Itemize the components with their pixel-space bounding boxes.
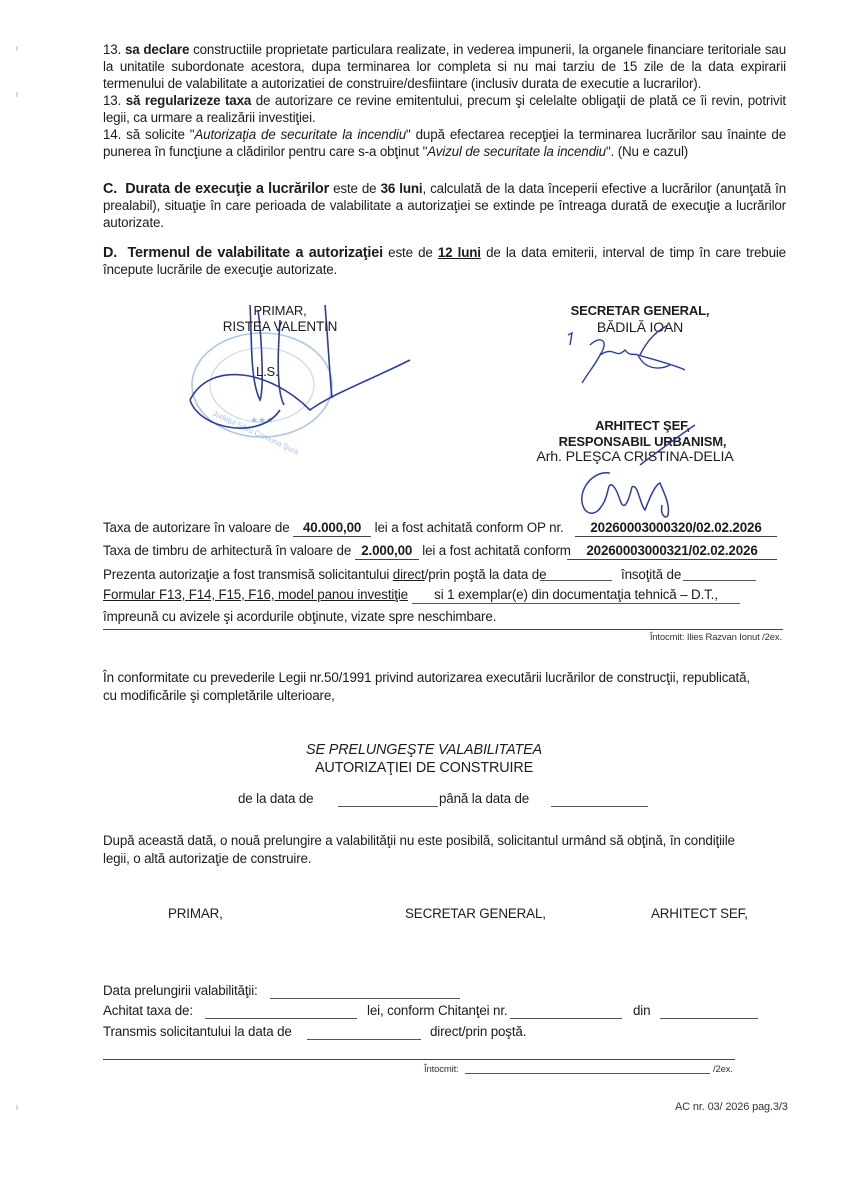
receipt-number-field[interactable]	[510, 1005, 622, 1019]
item-number: 14.	[103, 127, 121, 142]
fee-label: Taxa de autorizare în valoare de	[103, 520, 290, 535]
fee-paid-field[interactable]	[205, 1005, 357, 1019]
authorization-fee-amount: 40.000,00	[293, 519, 371, 537]
extension-heading-2: AUTORIZAŢIEI DE CONSTRUIRE	[224, 760, 624, 776]
attachments-copies: si 1 exemplar(e) din documentaţia tehnic…	[412, 586, 740, 604]
transmission-text: Prezenta autorizaţie a fost transmisă so…	[103, 567, 393, 582]
svg-text:Judeţul Sibiu Comuna Şura: Judeţul Sibiu Comuna Şura	[211, 409, 300, 457]
receipt-label: lei, conform Chitanţei nr.	[367, 1003, 508, 1018]
section-letter: C.	[103, 181, 117, 197]
item-italic: Avizul de securitate la incendiu	[427, 144, 606, 159]
extension-date-field[interactable]	[270, 985, 460, 999]
prepared-by: Întocmit: Ilies Razvan Ionut /2ex.	[650, 632, 782, 643]
section-title: Termenul de valabilitate a autorizaţiei	[127, 245, 383, 261]
architect-subtitle: RESPONSABIL URBANISM,	[535, 434, 750, 450]
item-number: 13.	[103, 93, 121, 108]
ext-secretary-title: SECRETAR GENERAL,	[405, 906, 546, 921]
extension-heading-1: SE PRELUNGEŞTE VALABILITATEA	[224, 742, 624, 758]
secretary-title: SECRETAR GENERAL,	[540, 303, 740, 319]
scan-speck	[16, 92, 18, 97]
section-letter: D.	[103, 245, 117, 261]
validity-value: 12 luni	[438, 245, 481, 260]
item-text: să solicite "	[121, 127, 194, 142]
scan-speck	[16, 1105, 18, 1110]
section-title: Durata de execuţie a lucrărilor	[125, 181, 329, 197]
scan-speck	[16, 46, 18, 51]
ext-copies: /2ex.	[713, 1064, 733, 1075]
attachments-forms-text: Formular F13, F14, F15, F16, model panou…	[103, 587, 408, 602]
item-emphasis: să regularizeze taxa	[126, 93, 251, 108]
official-stamp-icon: ★★★ Judeţul Sibiu Comuna Şura	[182, 325, 342, 445]
ext-mayor-title: PRIMAR,	[168, 906, 223, 921]
attachments-forms: Formular F13, F14, F15, F16, model panou…	[103, 586, 408, 603]
fee-middle-text: lei a fost achitată conform	[422, 543, 571, 558]
duration-value: 36 luni	[381, 181, 423, 196]
extension-intro: În conformitate cu prevederile Legii nr.…	[103, 669, 763, 705]
obligation-13b: 13. să regularizeze taxa de autorizare c…	[103, 93, 786, 127]
sent-method: direct/prin poştă.	[430, 1024, 526, 1039]
fee-label: Taxa de timbru de arhitectură în valoare…	[103, 543, 351, 558]
accompanied-field[interactable]	[683, 567, 756, 581]
fee-middle-text: lei a fost achitată conform OP nr.	[375, 520, 564, 535]
section-d: D. Termenul de valabilitate a autorizaţi…	[103, 245, 786, 279]
svg-text:★★★: ★★★	[250, 415, 274, 425]
attachments-endorsements: împreună cu avizele şi acordurile obţinu…	[103, 608, 496, 625]
mayor-name: RISTEA VALENTIN	[205, 318, 355, 335]
item-text: constructiile proprietate particulara re…	[103, 42, 786, 91]
fee-paid-label: Achitat taxa de:	[103, 1003, 193, 1018]
from-date-field[interactable]	[338, 793, 438, 807]
to-date-field[interactable]	[551, 793, 648, 807]
secretary-name: BĂDILĂ IOAN	[565, 319, 715, 336]
accompanied-label: însoţită de	[621, 566, 681, 583]
item-number: 13.	[103, 42, 121, 57]
sent-date-field[interactable]	[307, 1026, 421, 1040]
section-c: C. Durata de execuţie a lucrărilor este …	[103, 181, 786, 231]
seal-label: L.S.	[256, 364, 279, 379]
architect-name: Arh. PLEŞCA CRISTINA-DELIA	[505, 449, 765, 466]
ext-architect-title: ARHITECT SEF,	[651, 906, 748, 921]
section-text: este de	[329, 181, 381, 196]
extension-note: După această dată, o nouă prelungire a v…	[103, 832, 763, 868]
obligation-14: 14. să solicite "Autorizaţia de securita…	[103, 127, 786, 161]
architecture-fee-amount: 2.000,00	[355, 542, 419, 560]
ext-prepared-field[interactable]	[465, 1062, 710, 1074]
authorization-payment-reference: 20260003000320/02.02.2026	[575, 519, 777, 537]
sent-label: Transmis solicitantului la data de	[103, 1024, 292, 1039]
from-date-label: de la data de	[238, 791, 313, 806]
extension-divider	[103, 1059, 735, 1060]
transmission-date-field[interactable]	[540, 567, 612, 581]
receipt-date-field[interactable]	[660, 1005, 758, 1019]
section-divider	[103, 629, 783, 630]
to-date-label: până la data de	[439, 791, 529, 806]
architecture-payment-reference: 20260003000321/02.02.2026	[567, 542, 777, 560]
section-text: este de	[383, 245, 438, 260]
item-emphasis: sa declare	[125, 42, 189, 57]
architect-title: ARHITECT ŞEF,	[535, 418, 750, 434]
ext-prepared-label: Întocmit:	[424, 1064, 459, 1075]
item-text: ". (Nu e cazul)	[606, 144, 688, 159]
receipt-date-label: din	[633, 1003, 650, 1018]
item-italic: Autorizaţia de securitate la incendiu	[194, 127, 406, 142]
obligation-13a: 13. sa declare constructiile proprietate…	[103, 42, 786, 92]
transmission-direct: direct	[393, 567, 425, 582]
page-reference: AC nr. 03/ 2026 pag.3/3	[675, 1101, 788, 1113]
transmission-text: /prin poştă la data de	[425, 567, 547, 582]
extension-date-label: Data prelungirii valabilităţii:	[103, 983, 258, 998]
mayor-title: PRIMAR,	[215, 303, 345, 319]
